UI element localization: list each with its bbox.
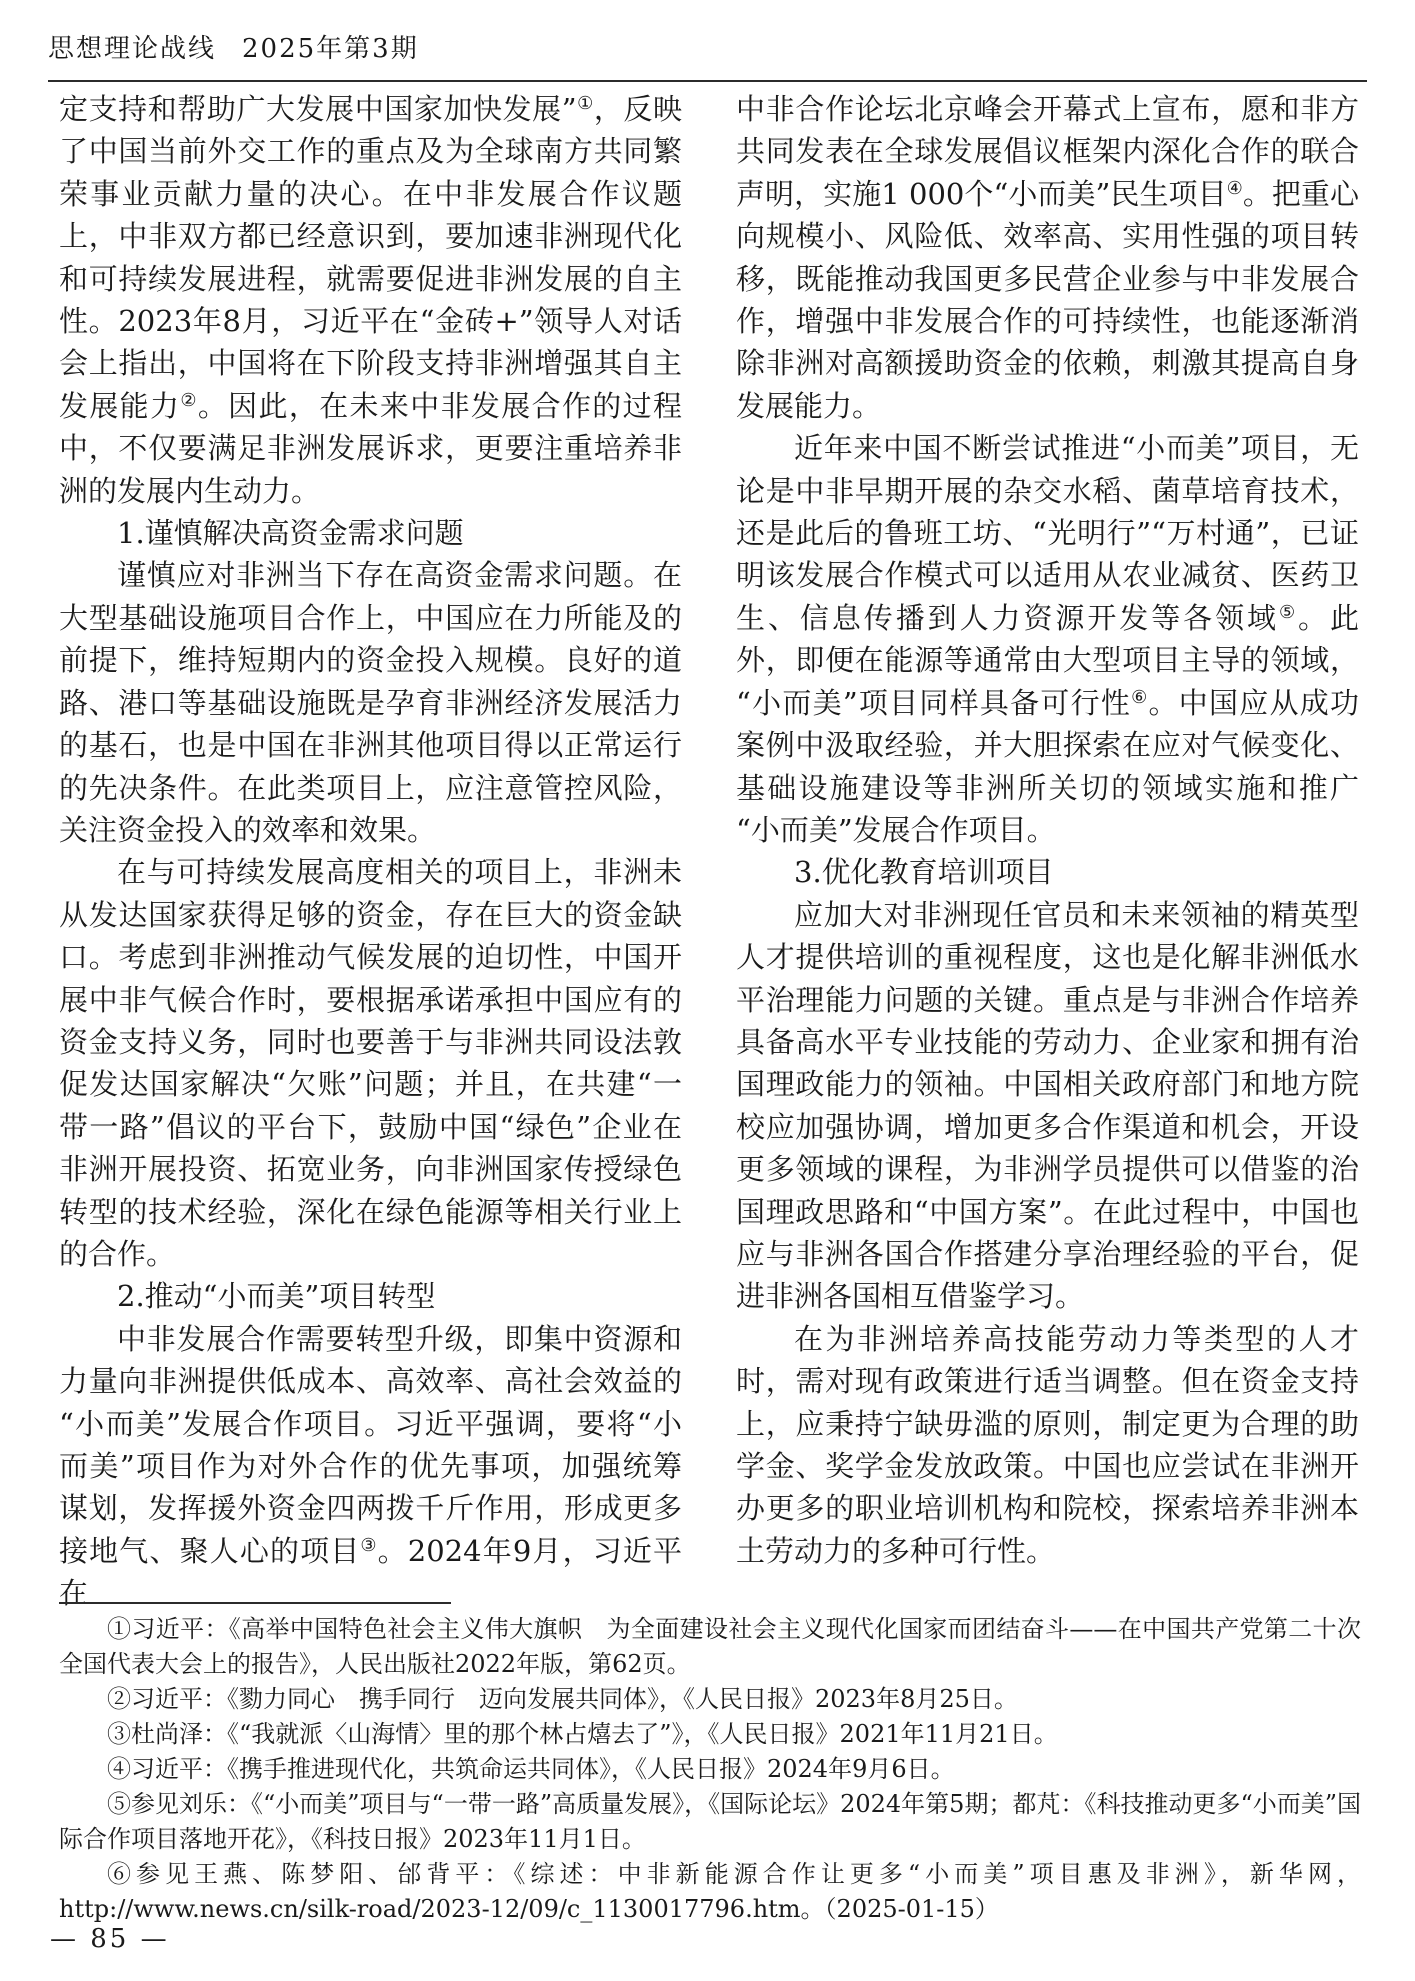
footnote-2: ②习近平：《勠力同心 携手同行 迈向发展共同体》，《人民日报》2023年8月25… xyxy=(59,1682,1361,1717)
footnote-6: ⑥参见王燕、陈梦阳、邰背平：《综述：中非新能源合作让更多“小而美”项目惠及非洲》… xyxy=(59,1857,1361,1927)
journal-page: 思想理论战线2025年第3期 定支持和帮助广大发展中国家加快发展”①，反映了中国… xyxy=(0,0,1415,1981)
footnote-list: ①习近平：《高举中国特色社会主义伟大旗帜 为全面建设社会主义现代化国家而团结奋斗… xyxy=(59,1612,1361,1927)
body-columns: 定支持和帮助广大发展中国家加快发展”①，反映了中国当前外交工作的重点及为全球南方… xyxy=(59,88,1359,1615)
section-2-heading: 2.推动“小而美”项目转型 xyxy=(59,1275,682,1317)
header-rule xyxy=(48,80,1367,82)
section-2-paragraph: 中非发展合作需要转型升级，即集中资源和力量向非洲提供低成本、高效率、高社会效益的… xyxy=(59,1318,682,1615)
footnote-3: ③杜尚泽：《“我就派〈山海情〉里的那个林占熺去了”》，《人民日报》2021年11… xyxy=(59,1717,1361,1752)
page-header: 思想理论战线2025年第3期 xyxy=(48,28,419,65)
footnote-1: ①习近平：《高举中国特色社会主义伟大旗帜 为全面建设社会主义现代化国家而团结奋斗… xyxy=(59,1612,1361,1682)
page-number: — 85 — xyxy=(50,1924,170,1954)
footnote-4: ④习近平：《携手推进现代化，共筑命运共同体》，《人民日报》2024年9月6日。 xyxy=(59,1752,1361,1787)
footnote-separator xyxy=(59,1602,451,1604)
issue-label: 2025年第3期 xyxy=(242,34,419,64)
right-column: 中非合作论坛北京峰会开幕式上宣布，愿和非方共同发表在全球发展倡议框架内深化合作的… xyxy=(736,88,1359,1615)
footnote-5: ⑤参见刘乐：《“小而美”项目与“一带一路”高质量发展》，《国际论坛》2024年第… xyxy=(59,1787,1361,1857)
right-paragraph-continued: 中非合作论坛北京峰会开幕式上宣布，愿和非方共同发表在全球发展倡议框架内深化合作的… xyxy=(736,88,1359,427)
section-1-heading: 1.谨慎解决高资金需求问题 xyxy=(59,512,682,554)
section-1-paragraph: 谨慎应对非洲当下存在高资金需求问题。在大型基础设施项目合作上，中国应在力所能及的… xyxy=(59,554,682,851)
journal-title: 思想理论战线 xyxy=(48,34,216,64)
section-1-paragraph-2: 在与可持续发展高度相关的项目上，非洲未从发达国家获得足够的资金，存在巨大的资金缺… xyxy=(59,851,682,1275)
section-3-paragraph: 应加大对非洲现任官员和未来领袖的精英型人才提供培训的重视程度，这也是化解非洲低水… xyxy=(736,894,1359,1318)
section-3-paragraph-2: 在为非洲培养高技能劳动力等类型的人才时，需对现有政策进行适当调整。但在资金支持上… xyxy=(736,1318,1359,1572)
section-2-paragraph-2: 近年来中国不断尝试推进“小而美”项目，无论是中非早期开展的杂交水稻、菌草培育技术… xyxy=(736,427,1359,851)
left-column: 定支持和帮助广大发展中国家加快发展”①，反映了中国当前外交工作的重点及为全球南方… xyxy=(59,88,682,1615)
section-3-heading: 3.优化教育培训项目 xyxy=(736,851,1359,893)
left-paragraph-continued: 定支持和帮助广大发展中国家加快发展”①，反映了中国当前外交工作的重点及为全球南方… xyxy=(59,88,682,512)
